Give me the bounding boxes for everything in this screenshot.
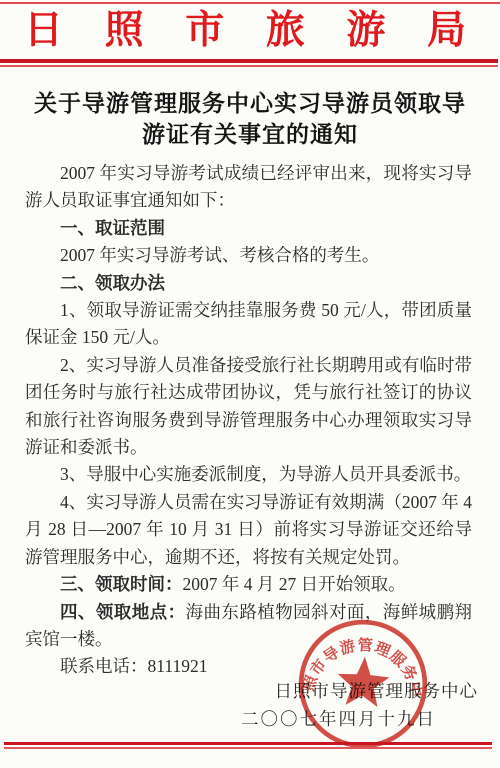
paragraph-segment: 3、导服中心实施委派制度，为导游人员开具委派书。: [60, 464, 471, 484]
paragraph-segment: 1、领取导游证需交纳挂靠服务费 50 元/人，带团质量保证金 150 元/人。: [25, 300, 472, 347]
paragraph-segment: 2007 年实习导游考试成绩已经评审出来，现将实习导游人员取证事宜通知如下：: [25, 163, 472, 210]
paragraph-segment: 2、实习导游人员准备接受旅行社长期聘用或有临时带团任务时与旅行社达成带团协议，凭…: [25, 355, 472, 457]
bottom-rule-thin-line: [4, 747, 492, 749]
notice-title: 关于导游管理服务中心实习导游员领取导 游证有关事宜的通知: [20, 88, 480, 150]
paragraph: 三、领取时间：2007 年 4 月 27 日开始领取。: [25, 571, 472, 598]
notice-title-line2: 游证有关事宜的通知: [20, 119, 480, 150]
paragraph: 2007 年实习导游考试、考核合格的考生。: [25, 242, 472, 269]
notice-document: 日照市旅游局 关于导游管理服务中心实习导游员领取导 游证有关事宜的通知 2007…: [0, 0, 500, 768]
masthead-divider: [0, 59, 498, 67]
agency-masthead-char: 旅: [266, 10, 305, 53]
paragraph-segment: 三、领取时间：: [60, 574, 183, 594]
agency-masthead-char: 局: [427, 10, 466, 53]
paragraph: 4、实习导游人员需在实习导游证有效期满（2007 年 4 月 28 日—2007…: [25, 489, 472, 571]
paragraph-segment: 四、领取地点：: [60, 602, 186, 622]
paragraph: 一、取证范围: [25, 215, 472, 242]
paragraph-segment: 联系电话：8111921: [60, 656, 207, 676]
masthead-divider-thick-line: [0, 59, 498, 63]
agency-masthead-char: 日: [24, 10, 63, 53]
paragraph: 二、领取办法: [25, 270, 472, 297]
top-rule: [0, 2, 500, 4]
paragraph: 2、实习导游人员准备接受旅行社长期聘用或有临时带团任务时与旅行社达成带团协议，凭…: [25, 352, 472, 462]
notice-title-line1: 关于导游管理服务中心实习导游员领取导: [20, 88, 480, 119]
seal-star-icon: [336, 655, 391, 708]
paragraph: 1、领取导游证需交纳挂靠服务费 50 元/人，带团质量保证金 150 元/人。: [25, 297, 472, 352]
masthead-divider-thin-line: [0, 65, 498, 67]
bottom-rule: [4, 742, 492, 749]
paragraph-segment: 二、领取办法: [60, 273, 165, 293]
paragraph: 3、导服中心实施委派制度，为导游人员开具委派书。: [25, 461, 472, 488]
bottom-rule-thick-line: [4, 742, 492, 745]
official-seal: 日照市导游管理服务中心: [294, 615, 433, 754]
agency-masthead-char: 市: [185, 10, 224, 53]
paragraph: 2007 年实习导游考试成绩已经评审出来，现将实习导游人员取证事宜通知如下：: [25, 160, 472, 215]
paragraph-segment: 4、实习导游人员需在实习导游证有效期满（2007 年 4 月 28 日—2007…: [25, 492, 472, 567]
paragraph-segment: 一、取证范围: [60, 218, 165, 238]
paragraph-segment: 2007 年 4 月 27 日开始领取。: [183, 574, 406, 594]
paragraph-segment: 2007 年实习导游考试、考核合格的考生。: [60, 245, 379, 265]
agency-masthead-char: 游: [346, 10, 385, 53]
agency-masthead-char: 照: [105, 10, 144, 53]
agency-masthead: 日照市旅游局: [24, 10, 466, 53]
notice-body: 2007 年实习导游考试成绩已经评审出来，现将实习导游人员取证事宜通知如下：一、…: [25, 160, 472, 681]
